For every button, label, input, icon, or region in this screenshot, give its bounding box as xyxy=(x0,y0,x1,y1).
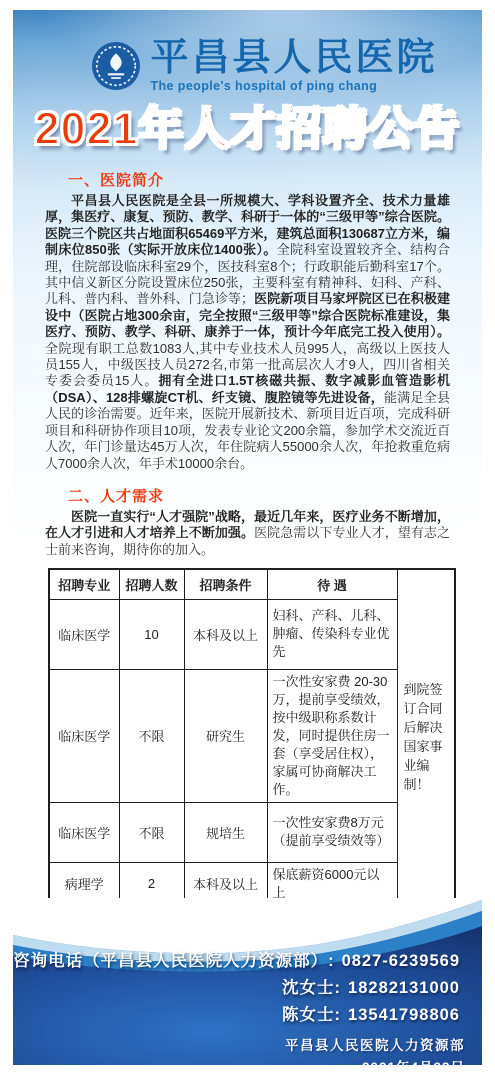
contact-phone: 0827-6239569 xyxy=(342,952,460,970)
section-talent-needs-heading: 二、人才需求 xyxy=(68,485,482,506)
header-major: 招聘专业 xyxy=(49,569,119,599)
cell-count: 10 xyxy=(119,599,184,669)
section-hospital-intro-paragraph: 平昌县人民医院是全县一所规模大、学科设置齐全、技术力量雄厚，集医疗、康复、预防、… xyxy=(45,193,450,472)
brand-text: 平昌县人民医院 The people's hospital of ping ch… xyxy=(150,38,437,93)
cell-requirement: 研究生 xyxy=(184,669,267,802)
cell-requirement: 本科及以上 xyxy=(184,599,267,669)
signature-date: 2021年4月23日 xyxy=(13,1056,482,1065)
table-row: 临床医学 10 本科及以上 妇科、产科、儿科、肿瘤、传染科专业优先 xyxy=(49,599,455,669)
header-requirement: 招聘条件 xyxy=(184,569,267,599)
cell-requirement: 规培生 xyxy=(184,802,267,862)
table-row: 临床医学 不限 研究生 一次性安家费 20-30万，提前享受绩效，按中级职称系数… xyxy=(49,669,455,802)
section-talent-needs-paragraph: 医院一直实行“人才强院”战略，最近几年来，医疗业务不断增加，在人才引进和人才培养… xyxy=(45,509,450,558)
cell-count: 不限 xyxy=(119,802,184,862)
table-header-row: 招聘专业 招聘人数 招聘条件 待 遇 到院签订合同后解决国家事业编制！ xyxy=(49,569,455,599)
hospital-logo-icon xyxy=(91,41,141,91)
cell-treatment: 一次性安家费8万元（提前享受绩效等） xyxy=(267,802,397,862)
contact-line: 咨询电话（平昌县人民医院人力资源部）:0827-6239569 xyxy=(13,947,482,971)
footer: 咨询电话（平昌县人民医院人力资源部）:0827-6239569 沈女士:1828… xyxy=(13,898,482,1065)
signature: 平昌县人民医院人力资源部 xyxy=(13,1034,482,1054)
contact-label: 咨询电话（平昌县人民医院人力资源部）: xyxy=(13,952,335,970)
header-count: 招聘人数 xyxy=(119,569,184,599)
cell-count: 不限 xyxy=(119,669,184,802)
poster-title: 2021年人才招聘公告 xyxy=(13,102,482,156)
header-treatment: 待 遇 xyxy=(267,569,397,599)
hospital-name: 平昌县人民医院 xyxy=(150,38,437,78)
cell-major: 临床医学 xyxy=(49,802,119,862)
contact-label: 陈女士: xyxy=(282,1006,341,1024)
cell-major: 临床医学 xyxy=(49,669,119,802)
poster-frame: 平昌县人民医院 The people's hospital of ping ch… xyxy=(0,0,495,1080)
contact-label: 沈女士: xyxy=(282,979,341,997)
footer-text: 咨询电话（平昌县人民医院人力资源部）:0827-6239569 沈女士:1828… xyxy=(13,898,482,1065)
section-hospital-intro-heading: 一、医院简介 xyxy=(68,169,482,190)
table-row: 临床医学 不限 规培生 一次性安家费8万元（提前享受绩效等） xyxy=(49,802,455,862)
contact-phone: 13541798806 xyxy=(348,1006,460,1024)
hospital-name-en: The people's hospital of ping chang xyxy=(150,79,437,93)
cell-treatment: 一次性安家费 20-30万，提前享受绩效，按中级职称系数计发，同时提供住房一套（… xyxy=(267,669,397,802)
contact-line: 沈女士:18282131000 xyxy=(13,974,482,998)
cell-major: 临床医学 xyxy=(49,599,119,669)
cell-treatment: 妇科、产科、儿科、肿瘤、传染科专业优先 xyxy=(267,599,397,669)
contact-phone: 18282131000 xyxy=(348,979,460,997)
poster-canvas: 平昌县人民医院 The people's hospital of ping ch… xyxy=(13,10,482,1065)
table-side-note: 到院签订合同后解决国家事业编制！ xyxy=(397,569,455,906)
recruitment-table: 招聘专业 招聘人数 招聘条件 待 遇 到院签订合同后解决国家事业编制！ 临床医学… xyxy=(48,568,456,907)
contact-line: 陈女士:13541798806 xyxy=(13,1001,482,1025)
hospital-brand: 平昌县人民医院 The people's hospital of ping ch… xyxy=(13,38,482,93)
